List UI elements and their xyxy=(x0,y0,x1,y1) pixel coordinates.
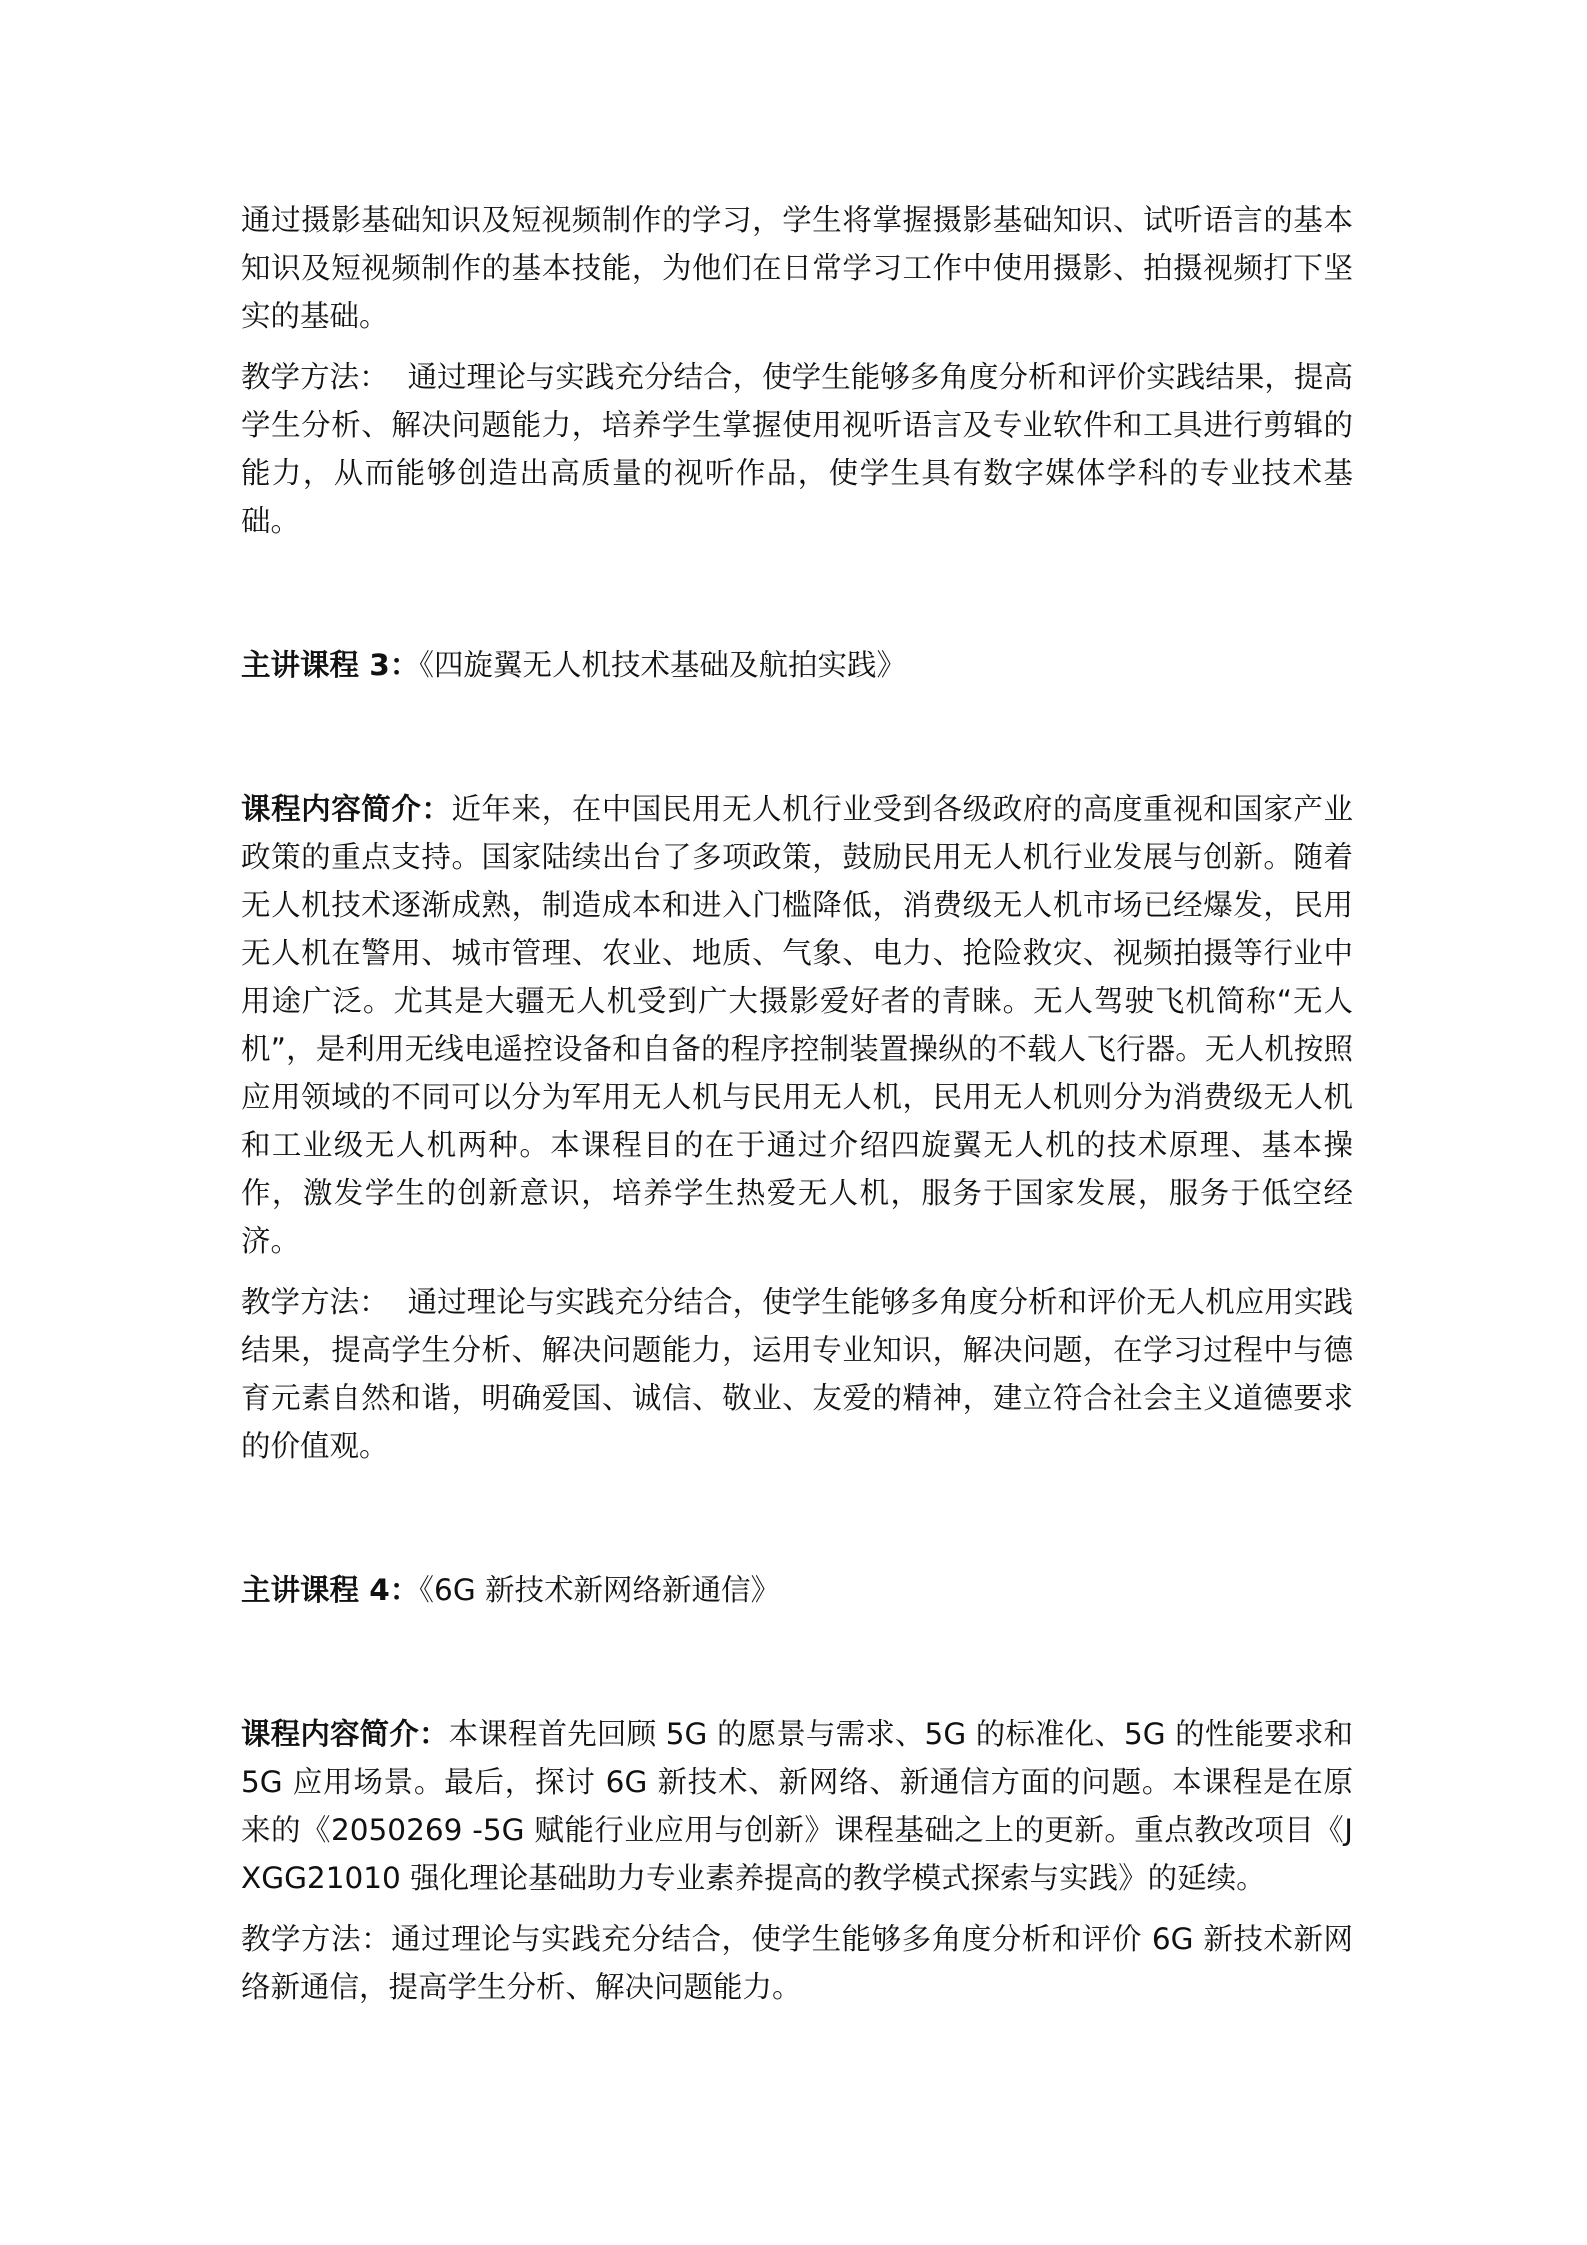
intro-label: 课程内容简介： xyxy=(241,792,451,826)
course3-method: 教学方法： 通过理论与实践充分结合，使学生能够多角度分析和评价无人机应用实践结果… xyxy=(241,1278,1353,1470)
course-heading-title: 《6G 新技术新网络新通信》 xyxy=(419,1573,780,1607)
course4-heading: 主讲课程 4：《6G 新技术新网络新通信》 xyxy=(241,1566,1353,1614)
course4-intro: 课程内容简介：本课程首先回顾 5G 的愿景与需求、5G 的标准化、5G 的性能要… xyxy=(241,1710,1353,1902)
document-page: 通过摄影基础知识及短视频制作的学习，学生将掌握摄影基础知识、试听语言的基本知识及… xyxy=(241,196,1353,2011)
method-text: 通过理论与实践充分结合，使学生能够多角度分析和评价无人机应用实践结果，提高学生分… xyxy=(241,1285,1353,1463)
course-heading-label: 主讲课程 3： xyxy=(241,648,419,682)
method-text: 通过理论与实践充分结合，使学生能够多角度分析和评价实践结果，提高学生分析、解决问… xyxy=(241,360,1353,538)
method-label: 教学方法： xyxy=(241,1285,389,1319)
method-text: 通过理论与实践充分结合，使学生能够多角度分析和评价 6G 新技术新网络新通信，提… xyxy=(241,1922,1353,2004)
course4-method: 教学方法：通过理论与实践充分结合，使学生能够多角度分析和评价 6G 新技术新网络… xyxy=(241,1915,1353,2011)
intro-text: 近年来，在中国民用无人机行业受到各级政府的高度重视和国家产业政策的重点支持。国家… xyxy=(241,792,1353,1258)
prev-course-method: 教学方法： 通过理论与实践充分结合，使学生能够多角度分析和评价实践结果，提高学生… xyxy=(241,353,1353,545)
method-label: 教学方法： xyxy=(241,1922,391,1956)
course-heading-title: 《四旋翼无人机技术基础及航拍实践》 xyxy=(419,648,906,682)
course3-intro: 课程内容简介：近年来，在中国民用无人机行业受到各级政府的高度重视和国家产业政策的… xyxy=(241,785,1353,1265)
prev-course-summary: 通过摄影基础知识及短视频制作的学习，学生将掌握摄影基础知识、试听语言的基本知识及… xyxy=(241,196,1353,340)
course3-heading: 主讲课程 3：《四旋翼无人机技术基础及航拍实践》 xyxy=(241,641,1353,689)
intro-label: 课程内容简介： xyxy=(241,1717,449,1751)
method-label: 教学方法： xyxy=(241,360,389,394)
course-heading-label: 主讲课程 4： xyxy=(241,1573,419,1607)
